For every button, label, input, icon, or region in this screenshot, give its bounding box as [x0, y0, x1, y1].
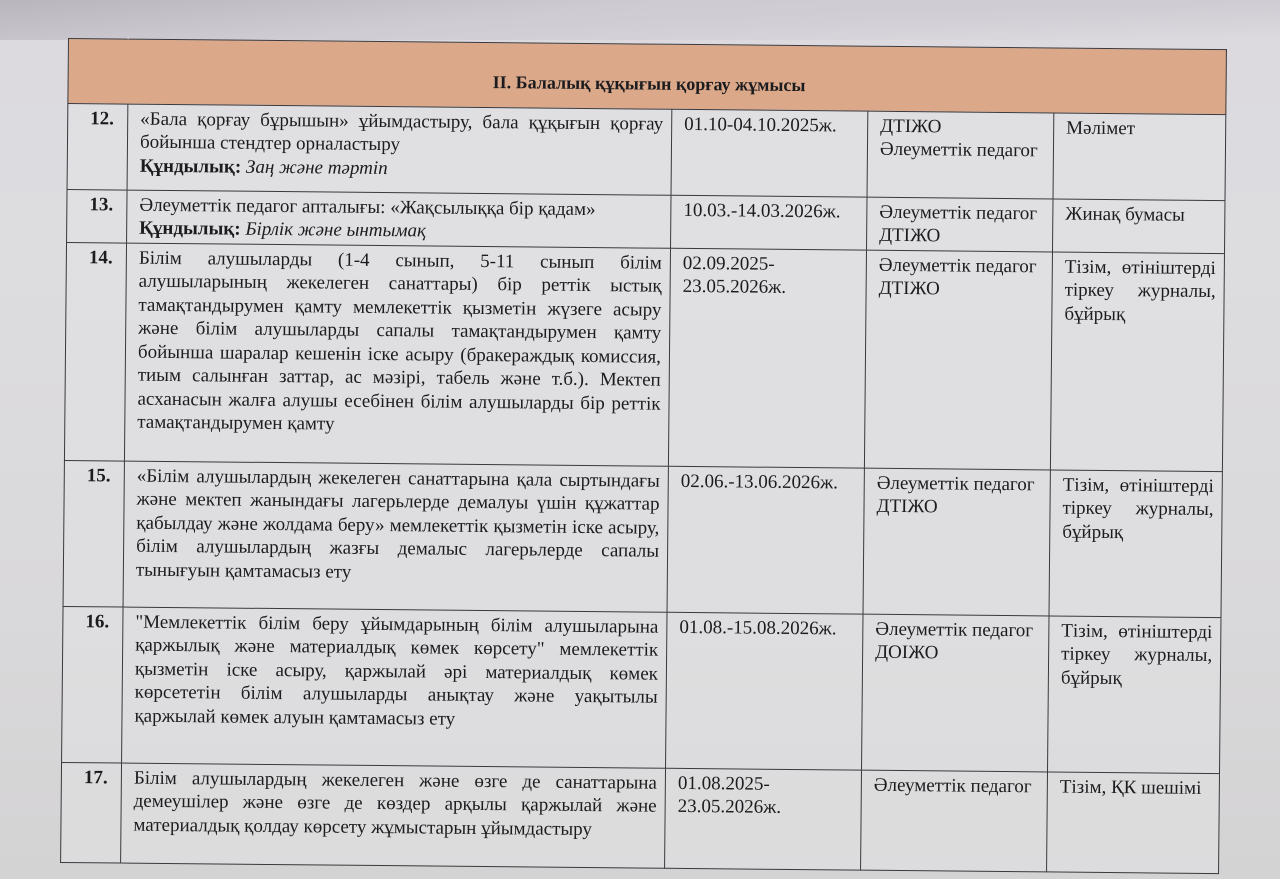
row-number: 17. — [61, 762, 122, 863]
responsible-text: Әлеуметтік педагог — [880, 138, 1045, 163]
value-label: Құндылық: — [140, 155, 242, 177]
dates-cell: 01.08.-15.08.2026ж. — [666, 612, 863, 770]
row-number: 14. — [64, 242, 126, 461]
value-line: Құндылық: Заң және тәртіп — [140, 154, 663, 183]
section-title: II. Балалық құқығын қорғау жұмысы — [68, 39, 1227, 115]
activity-cell: "Мемлекеттік білім беру ұйымдарының білі… — [122, 607, 667, 768]
date-text: 01.08.2025- — [678, 771, 853, 796]
dates-cell: 10.03.-14.03.2026ж. — [671, 195, 867, 250]
responsible-cell: Әлеуметтік педагогДТІЖО — [864, 250, 1052, 470]
responsible-text: Әлеуметтік педагог — [874, 773, 1039, 798]
responsible-cell: Әлеуметтік педагогДТІЖО — [863, 468, 1050, 616]
section-header-row: II. Балалық құқығын қорғау жұмысы — [68, 39, 1227, 115]
output-cell: Мәлімет — [1053, 112, 1226, 200]
row-number: 13. — [67, 189, 128, 243]
activity-cell: Білім алушылардың жекелеген және өзге де… — [121, 763, 666, 868]
activity-text: «Бала қорғау бұрышын» ұйымдастыру, бала … — [140, 108, 663, 155]
document-sheet: II. Балалық құқығын қорғау жұмысы 12. «Б… — [60, 38, 1226, 874]
date-text: 01.08.-15.08.2026ж. — [679, 615, 854, 640]
activity-cell: Білім алушыларды (1-4 сынып, 5-11 сынып … — [124, 243, 670, 466]
responsible-text: ДТІЖО — [879, 277, 1044, 302]
responsible-text: ДОІЖО — [875, 641, 1040, 666]
responsible-text: Әлеуметтік педагог — [875, 617, 1040, 642]
table-row: 12. «Бала қорғау бұрышын» ұйымдастыру, б… — [67, 103, 1226, 200]
responsible-text: Әлеуметтік педагог — [877, 471, 1042, 496]
responsible-text: ДТІЖО — [876, 495, 1041, 520]
dates-cell: 02.06.-13.06.2026ж. — [667, 466, 864, 614]
value-text: Бірлік және ынтымақ — [245, 219, 426, 242]
activity-text: Әлеуметтік педагог апталығы: «Жақсылыққа… — [139, 194, 595, 219]
value-label: Құндылық: — [139, 218, 241, 240]
dates-cell: 01.08.2025-23.05.2026ж. — [665, 768, 862, 870]
activity-text: "Мемлекеттік білім беру ұйымдарының білі… — [134, 611, 658, 729]
value-text: Заң және тәртіп — [246, 156, 388, 178]
output-cell: Тізім, өтініштерді тіркеу журналы, бұйры… — [1048, 615, 1222, 773]
paper-shadow — [0, 0, 1280, 40]
value-line: Құндылық: Бірлік және ынтымақ — [139, 217, 662, 246]
responsible-cell: ДТІЖОӘлеуметтік педагог — [867, 111, 1054, 199]
plan-table: II. Балалық құқығын қорғау жұмысы 12. «Б… — [60, 38, 1227, 874]
responsible-cell: Әлеуметтік педагог — [861, 770, 1048, 872]
table-row: 17. Білім алушылардың жекелеген және өзг… — [61, 762, 1220, 873]
dates-cell: 02.09.2025-23.05.2026ж. — [668, 248, 866, 468]
responsible-cell: Әлеуметтік педагогДТІЖО — [867, 197, 1054, 252]
dates-cell: 01.10-04.10.2025ж. — [671, 109, 868, 197]
activity-cell: «Білім алушылардың жекелеген санаттарына… — [123, 461, 668, 612]
output-cell: Тізім, ҚК шешімі — [1047, 771, 1220, 873]
activity-text: Білім алушылардың жекелеген және өзге де… — [133, 767, 657, 839]
table-row: 15. «Білім алушылардың жекелеген санатта… — [63, 460, 1222, 617]
responsible-text: Әлеуметтік педагог — [879, 253, 1044, 278]
date-text: 01.10-04.10.2025ж. — [684, 112, 859, 137]
activity-text: Білім алушыларды (1-4 сынып, 5-11 сынып … — [137, 247, 662, 434]
activity-text: «Білім алушылардың жекелеген санаттарына… — [136, 465, 660, 582]
date-text: 10.03.-14.03.2026ж. — [683, 198, 858, 223]
output-cell: Жинақ бумасы — [1052, 198, 1225, 253]
table-row: 16. "Мемлекеттік білім беру ұйымдарының … — [62, 606, 1221, 773]
table-row: 14. Білім алушыларды (1-4 сынып, 5-11 сы… — [64, 242, 1224, 471]
responsible-text: Әлеуметтік педагог — [879, 200, 1044, 225]
output-cell: Тізім, өтініштерді тіркеу журналы, бұйры… — [1049, 469, 1222, 617]
row-number: 15. — [63, 460, 124, 607]
date-text: 02.06.-13.06.2026ж. — [681, 469, 856, 494]
responsible-text: ДТІЖО — [879, 224, 1044, 249]
date-text: 23.05.2026ж. — [683, 275, 858, 300]
row-number: 12. — [67, 103, 128, 190]
activity-cell: Әлеуметтік педагог апталығы: «Жақсылыққа… — [127, 190, 671, 248]
activity-cell: «Бала қорғау бұрышын» ұйымдастыру, бала … — [127, 104, 672, 195]
responsible-text: ДТІЖО — [880, 114, 1045, 139]
row-number: 16. — [62, 606, 123, 763]
date-text: 02.09.2025- — [683, 251, 858, 276]
output-cell: Тізім, өтініштерді тіркеу журналы, бұйры… — [1050, 251, 1224, 471]
responsible-cell: Әлеуметтік педагогДОІЖО — [862, 614, 1049, 772]
date-text: 23.05.2026ж. — [678, 795, 853, 820]
